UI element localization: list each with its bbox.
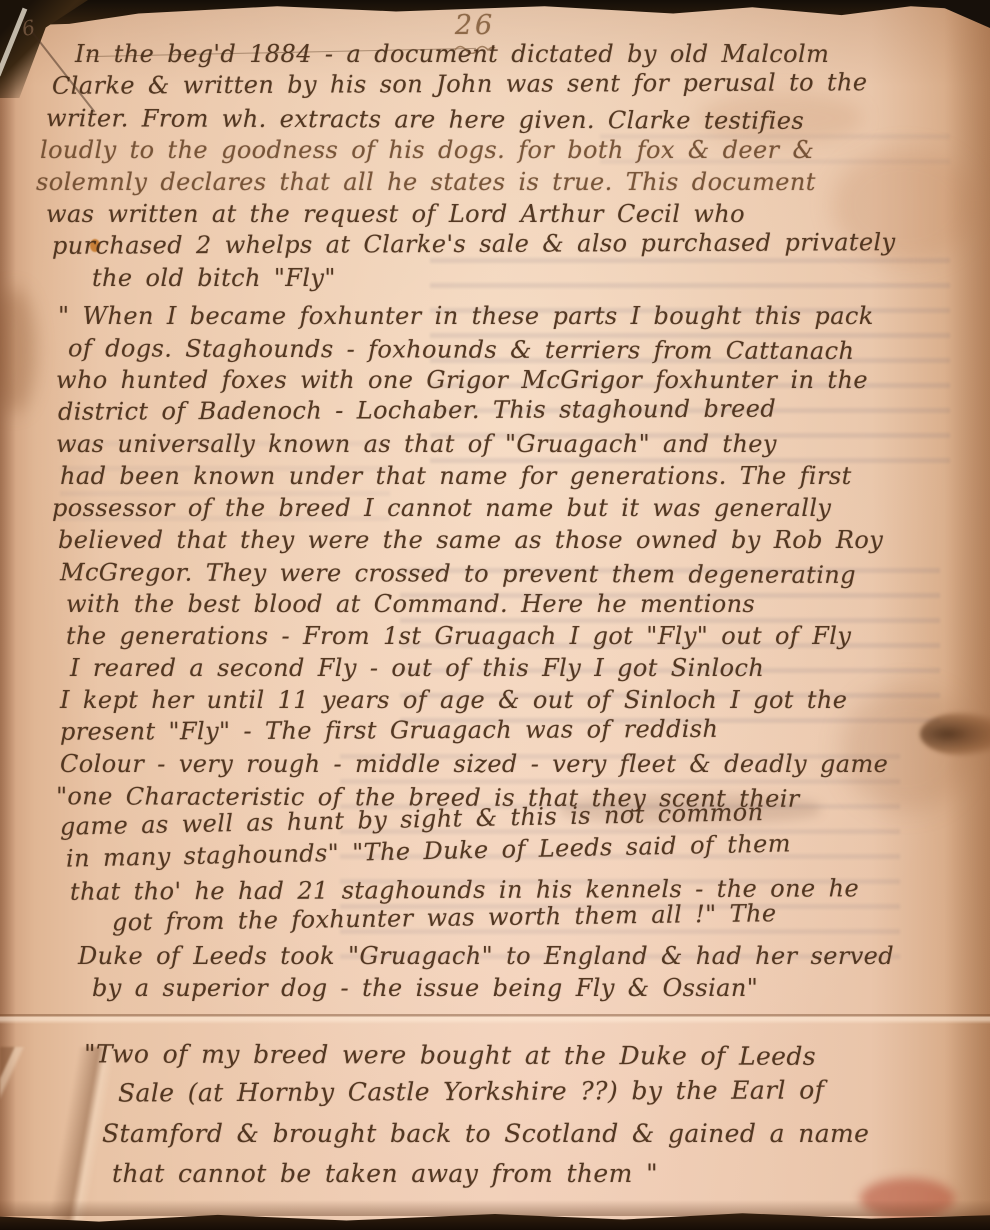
handwritten-line: " When I became foxhunter in these parts… <box>0 300 990 332</box>
handwritten-line: Clarke & written by his son John was sen… <box>0 66 990 102</box>
handwritten-line: by a superior dog - the issue being Fly … <box>0 972 990 1004</box>
handwritten-line: of dogs. Staghounds - foxhounds & terrie… <box>0 332 990 367</box>
page-number: 26 <box>438 10 512 41</box>
handwritten-line: believed that they were the same as thos… <box>0 524 990 556</box>
handwritten-line: had been known under that name for gener… <box>0 460 990 492</box>
handwritten-line: Colour - very rough - middle sized - ver… <box>0 748 990 780</box>
handwritten-line: district of Badenoch - Lochaber. This st… <box>0 392 990 428</box>
handwritten-line: the old bitch "Fly" <box>0 262 990 294</box>
manuscript-page: 6 26 In the beg'd 1884 - a document dict… <box>0 0 990 1230</box>
handwritten-line: I kept her until 11 years of age & out o… <box>0 684 990 716</box>
handwritten-line: writer. From wh. extracts are here given… <box>0 102 990 137</box>
handwritten-line: Duke of Leeds took "Gruagach" to England… <box>0 940 990 972</box>
handwritten-line: purchased 2 whelps at Clarke's sale & al… <box>0 226 990 262</box>
handwritten-line: I reared a second Fly - out of this Fly … <box>0 652 990 684</box>
handwritten-line: the generations - From 1st Gruagach I go… <box>0 620 990 652</box>
handwritten-line: Stamford & brought back to Scotland & ga… <box>0 1114 990 1154</box>
manuscript-body: In the beg'd 1884 - a document dictated … <box>0 38 990 1194</box>
handwritten-line: solemnly declares that all he states is … <box>0 166 990 198</box>
handwritten-line: was written at the request of Lord Arthu… <box>0 198 990 230</box>
handwritten-line: Sale (at Hornby Castle Yorkshire ??) by … <box>0 1070 990 1114</box>
handwritten-line: loudly to the goodness of his dogs. for … <box>0 134 990 166</box>
handwritten-line: McGregor. They were crossed to prevent t… <box>0 556 990 591</box>
handwritten-line: who hunted foxes with one Grigor McGrigo… <box>0 364 990 396</box>
handwritten-line: that cannot be taken away from them " <box>0 1154 990 1194</box>
handwritten-line: possessor of the breed I cannot name but… <box>0 492 990 524</box>
handwritten-line: was universally known as that of "Gruaga… <box>0 428 990 460</box>
handwritten-line: In the beg'd 1884 - a document dictated … <box>0 38 990 70</box>
handwritten-line: with the best blood at Command. Here he … <box>0 588 990 620</box>
page-edge-shadow <box>0 1200 990 1216</box>
handwritten-line: present "Fly" - The first Gruagach was o… <box>0 712 990 748</box>
